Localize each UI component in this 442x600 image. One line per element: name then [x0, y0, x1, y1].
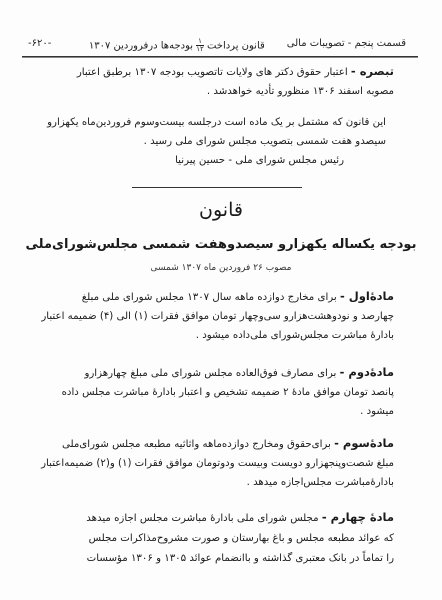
note-lead: تبصره - — [351, 64, 394, 78]
document-page: قسمت پنجم - تصویبات مالی قانون پرداخت ۱ … — [0, 0, 442, 600]
approval-date: مصوب ۲۶ فروردین ماه ۱۳۰۷ شمسی — [0, 263, 442, 273]
section-divider — [132, 187, 302, 188]
running-title: قانون پرداخت ۱ ۱۲ بودجه‌ها درفروردین ۱۳۰… — [89, 38, 265, 53]
header-rule — [22, 56, 418, 58]
article-2: مادۀدوم - برای مصارف فوق‌العاده مجلس شور… — [32, 363, 394, 421]
note-paragraph: تبصره - اعتبار حقوق دکتر های ولایات تاتص… — [32, 62, 394, 101]
article-1: مادۀاول - برای مخارج دوازده ماهه سال ۱۳۰… — [32, 287, 394, 345]
section-title: قسمت پنجم - تصویبات مالی — [287, 38, 406, 53]
law-heading: قانون — [0, 199, 442, 221]
running-head: قسمت پنجم - تصویبات مالی قانون پرداخت ۱ … — [28, 38, 406, 53]
enactment-paragraph: این قانون که مشتمل بر یک ماده است درجلسه… — [32, 113, 394, 151]
fraction: ۱ ۱۲ — [196, 38, 204, 53]
law-subtitle: بودجه یکساله یکهزارو سیصدوهفت شمسی مجلس‌… — [0, 237, 442, 252]
article-3: مادۀسوم - برای‌حقوق ومخارج دوازده‌ماهه و… — [32, 434, 394, 492]
running-head-right: قسمت پنجم - تصویبات مالی قانون پرداخت ۱ … — [89, 38, 406, 53]
signature: رئیس مجلس شورای ملی - حسین پیرنیا — [175, 155, 344, 166]
page-number: -۶۲۰- — [28, 38, 51, 53]
article-4: مادۀ چهارم - مجلس شورای ملی بادارۀ مباشر… — [32, 507, 394, 569]
